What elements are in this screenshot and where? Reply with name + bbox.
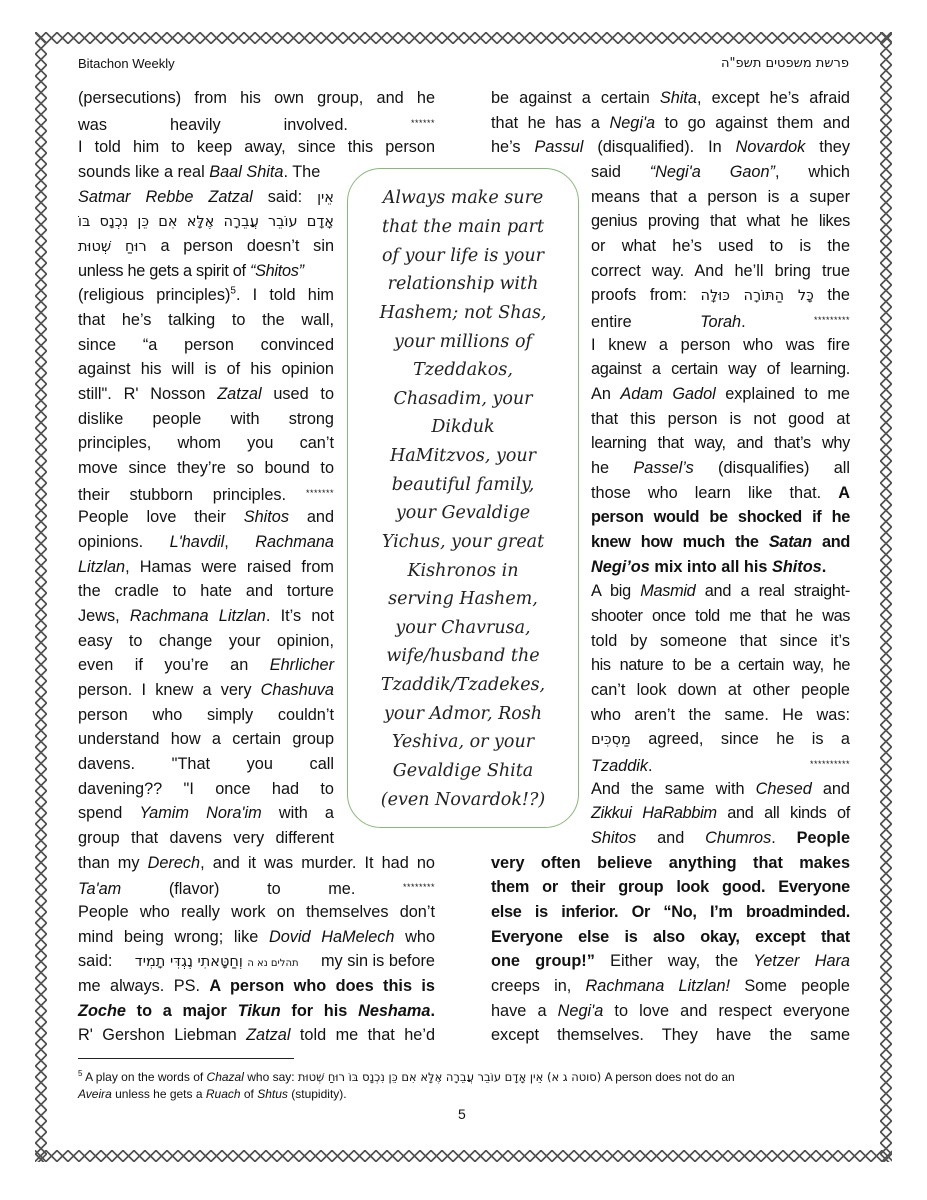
text-line: still". R' Nosson Zatzal used to bbox=[78, 384, 334, 404]
text-line: have a Negi'a to love and respect everyo… bbox=[491, 1001, 850, 1021]
text-line: proofs from: כָּל הַתּוֹרָה כּוּלָּה the bbox=[591, 285, 850, 306]
text-line: his nature to be a certain way, he bbox=[591, 655, 850, 675]
text-line: רוּחַ שְׁטוּת a person doesn’t sin bbox=[78, 236, 334, 257]
text-line: knew how much the Satan and bbox=[591, 532, 850, 552]
quote-line: beautiful family, bbox=[347, 471, 579, 499]
text-line: People love their Shitos and bbox=[78, 507, 334, 527]
quote-line: Kishronos in bbox=[347, 557, 579, 585]
parsha-title: פרשת משפטים תשפ"ה bbox=[721, 56, 849, 71]
text-line: genius proving that what he likes bbox=[591, 211, 850, 231]
text-line: Shitos and Chumros. People bbox=[591, 828, 850, 848]
text-line: one group!” Either way, the Yetzer Hara bbox=[491, 951, 850, 971]
text-line: (religious principles)5. I told him bbox=[78, 285, 334, 305]
text-line: the cradle to hate and torture bbox=[78, 581, 334, 601]
quote-line: your millions of bbox=[347, 328, 579, 356]
text-line: against his will is of his opinion bbox=[78, 359, 334, 379]
text-line: unless he gets a spirit of “Shitos” bbox=[78, 261, 304, 281]
text-line: entire Torah. ********* bbox=[591, 310, 850, 332]
publication-title: Bitachon Weekly bbox=[78, 56, 175, 71]
text-line: correct way. And he’ll bring true bbox=[591, 261, 850, 281]
quote-line: your Chavrusa, bbox=[347, 614, 579, 642]
text-line: since “a person convinced bbox=[78, 335, 334, 355]
text-line: A big Masmid and a real straight- bbox=[591, 581, 850, 601]
text-line: be against a certain Shita, except he’s … bbox=[491, 88, 850, 108]
page-border-left bbox=[35, 32, 47, 1162]
text-line: Everyone else is also okay, except that bbox=[491, 927, 850, 947]
text-line: An Adam Gadol explained to me bbox=[591, 384, 850, 404]
text-line: said: תהלים נא ה וְחַטָּאתִי נֶגְדִּי תָ… bbox=[78, 951, 435, 974]
text-line: Ta'am (flavor) to me. ******** bbox=[78, 877, 435, 899]
quote-line: that the main part bbox=[347, 213, 579, 241]
text-line: learning that way, and that’s why bbox=[591, 433, 850, 453]
text-line: person who simply couldn’t bbox=[78, 705, 334, 725]
text-line: them or their group look good. Everyone bbox=[491, 877, 850, 897]
quote-line: your Admor, Rosh bbox=[347, 700, 579, 728]
text-line: was heavily involved. ****** bbox=[78, 113, 435, 135]
text-line: Satmar Rebbe Zatzal said: אֵין bbox=[78, 187, 334, 208]
text-line: me always. PS. A person who does this is bbox=[78, 976, 435, 996]
text-line: spend Yamim Nora'im with a bbox=[78, 803, 334, 823]
text-line: Zikkui HaRabbim and all kinds of bbox=[591, 803, 850, 823]
quote-line: your Gevaldige bbox=[347, 499, 579, 527]
text-line: move since they’re so bound to bbox=[78, 458, 334, 478]
text-line: principles, whom you can’t bbox=[78, 433, 334, 453]
footnote-line: Aveira unless he gets a Ruach of Shtus (… bbox=[78, 1086, 347, 1102]
text-line: he’s Passul (disqualified). In Novardok … bbox=[491, 137, 850, 157]
text-line: I knew a person who was fire bbox=[591, 335, 850, 355]
text-line: understand how a certain group bbox=[78, 729, 334, 749]
text-line: that he has a Negi'a to go against them … bbox=[491, 113, 850, 133]
text-line: than my Derech, and it was murder. It ha… bbox=[78, 853, 435, 873]
text-line: creeps in, Rachmana Litzlan! Some people bbox=[491, 976, 850, 996]
text-line: R' Gershon Liebman Zatzal told me that h… bbox=[78, 1025, 435, 1045]
text-line: Zoche to a major Tikun for his Neshama. bbox=[78, 1001, 435, 1021]
quote-line: Tzaddik/Tzadekes, bbox=[347, 671, 579, 699]
text-line: dislike people with strong bbox=[78, 409, 334, 429]
text-line: person. I knew a very Chashuva bbox=[78, 680, 334, 700]
page-border-top bbox=[35, 32, 892, 44]
text-line: People who really work on themselves don… bbox=[78, 902, 435, 922]
page-number: 5 bbox=[458, 1106, 466, 1122]
quote-line: serving Hashem, bbox=[347, 585, 579, 613]
text-line: said “Negi'a Gaon”, which bbox=[591, 162, 850, 182]
text-line: sounds like a real Baal Shita. The bbox=[78, 162, 320, 182]
text-line: means that a person is a super bbox=[591, 187, 850, 207]
text-line: that he’s talking to the wall, bbox=[78, 310, 334, 330]
text-line: that this person is not good at bbox=[591, 409, 850, 429]
quote-line: Hashem; not Shas, bbox=[347, 299, 579, 327]
text-line: easy to change your opinion, bbox=[78, 631, 334, 651]
quote-line: Yeshiva, or your bbox=[347, 728, 579, 756]
text-line: against a certain way of learning. bbox=[591, 359, 850, 379]
quote-line: Always make sure bbox=[347, 184, 579, 212]
text-line: davening?? "I once had to bbox=[78, 779, 334, 799]
text-line: except themselves. They have the same bbox=[491, 1025, 850, 1045]
text-line: who aren’t the same. He was: bbox=[591, 705, 850, 725]
text-line: can’t look down at other people bbox=[591, 680, 850, 700]
page-border-right bbox=[880, 32, 892, 1162]
text-line: else is inferior. Or “No, I’m broadminde… bbox=[491, 902, 850, 922]
text-line: (persecutions) from his own group, and h… bbox=[78, 88, 435, 108]
text-line: person would be shocked if he bbox=[591, 507, 850, 527]
text-line: And the same with Chesed and bbox=[591, 779, 850, 799]
text-line: those who learn like that. A bbox=[591, 483, 850, 503]
quote-line: HaMitzvos, your bbox=[347, 442, 579, 470]
text-line: mind being wrong; like Dovid HaMelech wh… bbox=[78, 927, 435, 947]
quote-line: Yichus, your great bbox=[347, 528, 579, 556]
quote-line: Chasadim, your bbox=[347, 385, 579, 413]
quote-line: Gevaldige Shita bbox=[347, 757, 579, 785]
text-line: or what he’s used to is the bbox=[591, 236, 850, 256]
text-line: even if you’re an Ehrlicher bbox=[78, 655, 334, 675]
quote-line: Dikduk bbox=[347, 413, 579, 441]
footnote-line: 5 A play on the words of Chazal who say:… bbox=[78, 1069, 735, 1085]
footnote-divider bbox=[78, 1058, 294, 1059]
quote-line: relationship with bbox=[347, 270, 579, 298]
text-line: shooter once told me that he was bbox=[591, 606, 850, 626]
text-line: מַסְכִּים agreed, since he is a bbox=[591, 729, 850, 750]
text-line: I told him to keep away, since this pers… bbox=[78, 137, 435, 157]
text-line: their stubborn principles. ******* bbox=[78, 483, 334, 505]
text-line: davens. "That you call bbox=[78, 754, 334, 774]
text-line: opinions. L'havdil, Rachmana bbox=[78, 532, 334, 552]
page-border-bottom bbox=[35, 1150, 892, 1162]
text-line: Jews, Rachmana Litzlan. It’s not bbox=[78, 606, 334, 626]
text-line: אָדָם עוֹבֵר עֲבֵרָה אֶלָּא אִם כֵּן נִכ… bbox=[78, 211, 334, 232]
quote-line: Tzeddakos, bbox=[347, 356, 579, 384]
text-line: Negi’os mix into all his Shitos. bbox=[591, 557, 826, 577]
text-line: Tzaddik. ********** bbox=[591, 754, 850, 776]
quote-line: (even Novardok!?) bbox=[347, 786, 579, 814]
quote-line: wife/husband the bbox=[347, 642, 579, 670]
text-line: very often believe anything that makes bbox=[491, 853, 850, 873]
text-line: he Passel’s (disqualifies) all bbox=[591, 458, 850, 478]
text-line: Litzlan, Hamas were raised from bbox=[78, 557, 334, 577]
quote-line: of your life is your bbox=[347, 242, 579, 270]
text-line: told by someone that since it’s bbox=[591, 631, 850, 651]
text-line: group that davens very different bbox=[78, 828, 334, 848]
